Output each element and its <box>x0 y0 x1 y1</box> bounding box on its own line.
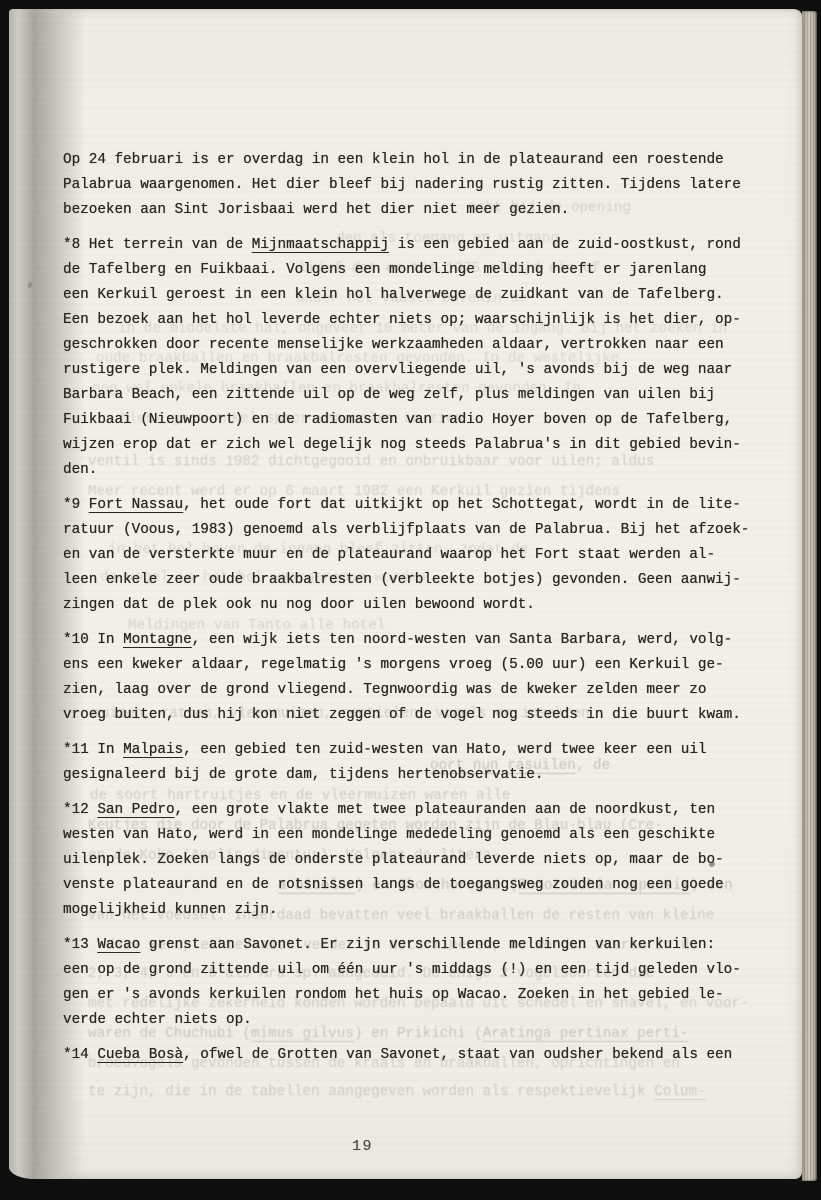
underlined-place-name: Malpais <box>123 742 183 758</box>
underlined-place-name: Colum- <box>654 1084 705 1100</box>
document-text: Op 24 februari is er overdag in een klei… <box>63 148 763 1068</box>
underlined-place-name: Mijnmaatschappij <box>252 237 389 253</box>
underlined-place-name: Wacao <box>97 937 140 953</box>
paragraph: *14 Cueba Bosà, ofwel de Grotten van Sav… <box>63 1043 763 1068</box>
underlined-place-name: San Pedro <box>97 802 174 818</box>
bleedthrough-line: te zijn, die in de tabellen aangegeven w… <box>88 1082 706 1102</box>
underlined-place-name: Cueba Bosà <box>97 1047 183 1063</box>
underlined-place-name: Fort Nassau <box>89 497 183 513</box>
paragraph: *9 Fort Nassau, het oude fort dat uitkij… <box>63 493 763 618</box>
paragraph: *8 Het terrein van de Mijnmaatschappij i… <box>63 233 763 483</box>
paragraph: *10 In Montagne, een wijk iets ten noord… <box>63 628 763 728</box>
paragraph: Op 24 februari is er overdag in een klei… <box>63 148 763 223</box>
paragraph: *12 San Pedro, een grote vlakte met twee… <box>63 798 763 923</box>
book-scan: acht bij de openingden als toegang en ui… <box>0 0 821 1200</box>
underlined-place-name: Montagne <box>123 632 192 648</box>
paragraph: *13 Wacao grenst aan Savonet. Er zijn ve… <box>63 933 763 1033</box>
page-number: 19 <box>352 1137 373 1157</box>
paragraph: *11 In Malpais, een gebied ten zuid-west… <box>63 738 763 788</box>
